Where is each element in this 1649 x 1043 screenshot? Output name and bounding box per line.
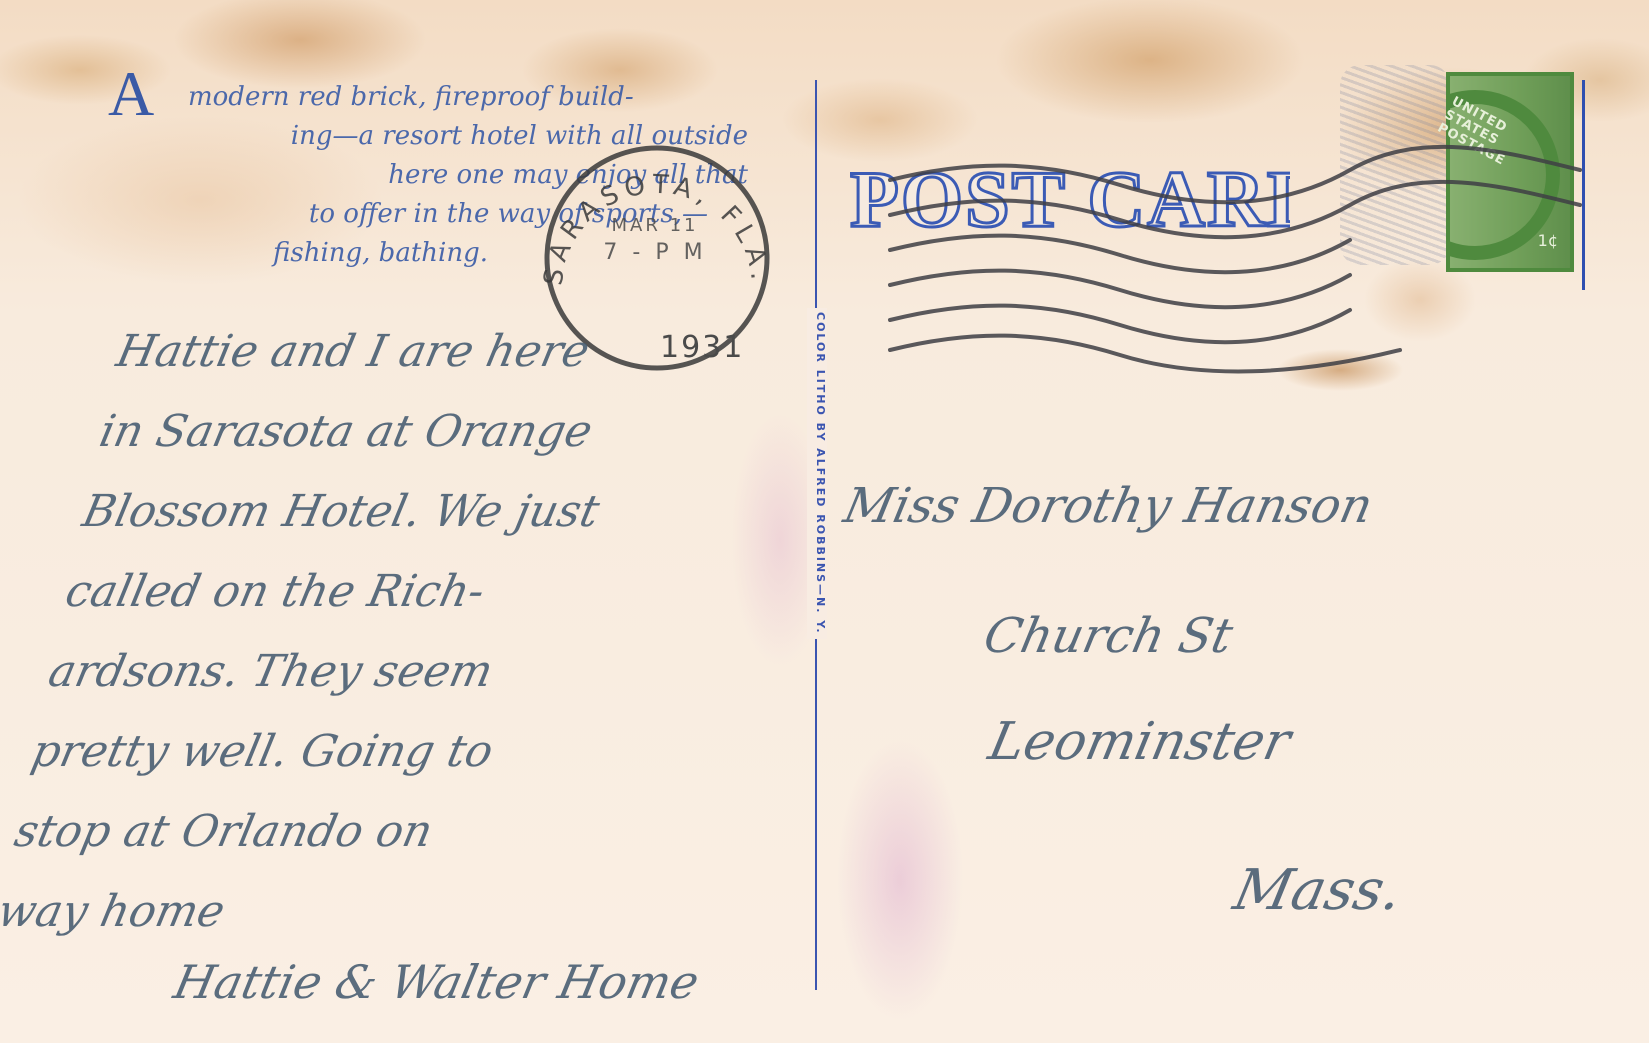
postmark-date: MAR 11 bbox=[585, 215, 725, 236]
recipient-street: Church St bbox=[979, 608, 1238, 664]
postmark-datetime: MAR 11 7 - P M bbox=[585, 215, 725, 265]
signature: Hattie & Walter Home bbox=[169, 955, 704, 1009]
message-line: pretty well. Going to bbox=[24, 712, 556, 792]
recipient-name: Miss Dorothy Hanson bbox=[839, 478, 1378, 534]
message-line: Blossom Hotel. We just bbox=[75, 472, 607, 552]
message-line: in Sarasota at Orange bbox=[92, 392, 624, 472]
printer-credit: COLOR LITHO BY ALFRED ROBBINS—N. Y. bbox=[807, 308, 827, 639]
description-line: modern red brick, fireproof build- bbox=[88, 78, 748, 117]
message-line: called on the Rich- bbox=[58, 552, 590, 632]
recipient-state: Mass. bbox=[1228, 858, 1408, 923]
message-line: ardsons. They seem bbox=[41, 632, 573, 712]
wavy-cancellation-lines bbox=[880, 140, 1600, 380]
message-line: way home bbox=[0, 872, 522, 952]
postmark-time: 7 - P M bbox=[585, 240, 725, 265]
recipient-city: Leominster bbox=[984, 712, 1296, 772]
message-line: stop at Orlando on bbox=[7, 792, 539, 872]
message-line: Hattie and I are here bbox=[109, 312, 641, 392]
postmark-year: 1931 bbox=[660, 330, 744, 365]
